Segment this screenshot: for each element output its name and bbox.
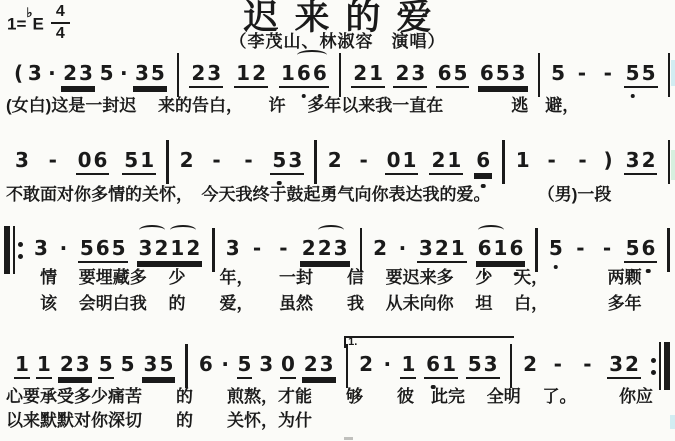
measure: 3--223: [215, 235, 360, 263]
note: 2: [327, 147, 343, 173]
measure: 5--55: [540, 60, 667, 88]
note: 0: [386, 147, 402, 173]
note: 2: [352, 60, 368, 86]
measure: 2·321616: [362, 235, 535, 263]
duration-dot: ·: [58, 235, 69, 261]
measure: 2-01216: [317, 147, 502, 175]
note: 2: [394, 60, 410, 86]
note: 3: [287, 147, 303, 173]
beamed-note-group: 56: [624, 235, 658, 263]
note: 2: [185, 235, 201, 261]
duration-dash: -: [247, 235, 267, 261]
note: 5: [150, 60, 166, 86]
note: 2: [317, 235, 333, 261]
thin-barline: [659, 342, 661, 390]
scan-artifact: [671, 60, 675, 86]
note: 5: [120, 351, 136, 377]
barline: [668, 140, 671, 184]
note: 5: [79, 235, 95, 261]
note: 1: [493, 235, 509, 261]
note: 3: [319, 351, 335, 377]
note: 3: [27, 60, 43, 86]
note: 2: [251, 60, 267, 86]
note: 5: [453, 60, 469, 86]
beamed-note-group: 51: [122, 147, 156, 175]
beamed-note-group: 223: [300, 235, 350, 263]
beamed-note-group: 6: [474, 147, 492, 175]
note: 3: [410, 60, 426, 86]
beamed-note-group: 23: [58, 351, 92, 379]
beamed-note-group: 53: [466, 351, 500, 379]
note: 3: [225, 235, 241, 261]
lyrics-line: 该 会明白我 的 爱， 虽然 我 从未向你 坦 白， 多年: [6, 292, 673, 316]
measure: 3-0651: [4, 147, 166, 175]
note: 5: [625, 235, 641, 261]
note: 3: [206, 60, 222, 86]
measure: (3·235·35: [4, 60, 177, 88]
scan-artifact: [671, 150, 675, 180]
duration-dash: -: [572, 60, 592, 86]
lyrics-line: (女白)这是一封迟 来的告白， 许 多年以来我一直在 逃 避，: [6, 94, 673, 118]
slur-arc: [170, 225, 196, 235]
beamed-note-group: 21: [351, 60, 385, 88]
duration-dash: -: [577, 351, 597, 377]
beamed-note-group: 65: [436, 60, 470, 88]
beamed-note-group: 35: [142, 351, 176, 379]
beamed-note-group: 53: [270, 147, 304, 175]
note: 3: [418, 235, 434, 261]
scan-artifact: [344, 437, 353, 440]
beamed-note-group: 01: [385, 147, 419, 175]
note: 0: [77, 147, 93, 173]
measure: 6·53023: [188, 351, 346, 379]
duration-dot: ·: [46, 60, 57, 86]
duration-dash: -: [43, 147, 63, 173]
note: 3: [75, 351, 91, 377]
note: 1: [446, 147, 462, 173]
duration-dash: -: [273, 235, 293, 261]
note: 3: [625, 147, 641, 173]
breath-mark: ): [604, 147, 613, 173]
measure: 2--32: [512, 351, 651, 379]
note: 5: [99, 60, 115, 86]
note: 6: [296, 60, 312, 86]
beamed-note-group: 06: [76, 147, 110, 175]
duration-dash: -: [542, 147, 562, 173]
note: 2: [59, 351, 75, 377]
sheet-music-page: 1=♭E 4 4 迟来的爱 （李茂山、林淑容 演唱） (3·235·352312…: [0, 0, 675, 441]
note: 5: [158, 351, 174, 377]
note: 2: [430, 147, 446, 173]
note: 3: [33, 235, 49, 261]
scan-artifact: [670, 415, 675, 429]
measure: 3·5653212: [23, 235, 212, 263]
beamed-note-group: 23: [393, 60, 427, 88]
note: 3: [483, 351, 499, 377]
duration-dot: ·: [397, 235, 408, 261]
note: 2: [372, 235, 388, 261]
beamed-note-group: 32: [607, 351, 641, 379]
lyrics-line: 不敢面对你多情的关怀， 今天我终于鼓起勇气向你表达我的爱。 （男)一段: [6, 183, 673, 207]
note: 5: [111, 235, 127, 261]
note: 6: [312, 60, 328, 86]
slur-arc: [318, 225, 344, 235]
note: 2: [153, 235, 169, 261]
note: 2: [624, 351, 640, 377]
note: 3: [608, 351, 624, 377]
score-line-2: 3-06512--532-012161--)32: [4, 147, 670, 184]
repeat-dot: [651, 358, 656, 363]
volta-bracket: 1.: [344, 336, 514, 348]
note: 5: [641, 60, 657, 86]
duration-dash: -: [207, 147, 227, 173]
beamed-note-group: 616: [476, 235, 526, 263]
note: 5: [548, 235, 564, 261]
duration-dash: -: [598, 60, 618, 86]
note: 6: [425, 351, 441, 377]
note: 2: [179, 147, 195, 173]
beamed-note-group: 23: [61, 60, 95, 88]
note: 5: [271, 147, 287, 173]
note: 5: [495, 60, 511, 86]
note: 1: [169, 235, 185, 261]
measure: 212365653: [341, 60, 537, 88]
note: 1: [450, 235, 466, 261]
note: 1: [36, 351, 52, 379]
beamed-note-group: 23: [302, 351, 336, 379]
lyrics-line: 情 要埋藏多 少 年， 一封 信 要迟来多 少 天， 两颗: [6, 266, 673, 290]
note: 6: [198, 351, 214, 377]
duration-dash: -: [548, 351, 568, 377]
note: 3: [333, 235, 349, 261]
duration-dash: -: [238, 147, 258, 173]
note: 2: [303, 351, 319, 377]
beamed-note-group: 23: [189, 60, 223, 88]
note: 3: [78, 60, 94, 86]
beamed-note-group: 32: [624, 147, 658, 175]
slur-arc: [478, 225, 504, 235]
note: 5: [550, 60, 566, 86]
open-paren-mark: (: [14, 60, 23, 86]
note: 3: [14, 147, 30, 173]
volta-label: 1.: [348, 336, 357, 348]
measure: 2312166: [179, 60, 338, 88]
barline: [668, 53, 671, 97]
note: 1: [400, 351, 416, 379]
note: 5: [123, 147, 139, 173]
note: 5: [98, 351, 114, 379]
note: 1: [139, 147, 155, 173]
note: 2: [62, 60, 78, 86]
slur-arc: [297, 50, 327, 60]
score-line-1: (3·235·3523121662123656535--55: [4, 60, 670, 97]
note: 2: [301, 235, 317, 261]
beamed-note-group: 21: [429, 147, 463, 175]
note: 6: [641, 235, 657, 261]
note: 5: [625, 60, 641, 86]
beamed-note-group: 61: [424, 351, 458, 379]
measure: 11235535: [4, 351, 185, 379]
note: 3: [258, 351, 274, 377]
beamed-note-group: 3212: [137, 235, 203, 263]
note: 1: [402, 147, 418, 173]
beamed-note-group: 565: [78, 235, 128, 263]
duration-dash: -: [354, 147, 374, 173]
repeat-dot: [651, 370, 656, 375]
slur-arc: [139, 225, 165, 235]
note: 1: [235, 60, 251, 86]
note: 3: [511, 60, 527, 86]
measure: 1.2·16153: [348, 351, 510, 379]
measure: 5--56: [538, 235, 668, 263]
note: 1: [441, 351, 457, 377]
repeat-end-sign: [651, 342, 670, 390]
beamed-note-group: 166: [279, 60, 329, 88]
beamed-note-group: 321: [417, 235, 467, 263]
note: 1: [14, 351, 30, 379]
note: 5: [467, 351, 483, 377]
note: 6: [477, 235, 493, 261]
measure: 1--)32: [505, 147, 668, 175]
note: 6: [95, 235, 111, 261]
measure: 2--53: [169, 147, 315, 175]
lyrics-line: 以来默默对你深切 的 关怀，为什: [6, 409, 673, 433]
repeat-dots: [651, 358, 656, 375]
note: 6: [93, 147, 109, 173]
beamed-note-group: 55: [624, 60, 658, 88]
note: 2: [641, 147, 657, 173]
note: 1: [368, 60, 384, 86]
note: 2: [434, 235, 450, 261]
note: 6: [479, 60, 495, 86]
note: 1: [280, 60, 296, 86]
note: 6: [508, 235, 524, 261]
lyrics-line: 心要承受多少痛苦 的 煎熬，才能 够 彼 此完 全明 了。 你应: [6, 385, 673, 409]
note: 2: [358, 351, 374, 377]
duration-dash: -: [597, 235, 617, 261]
note: 3: [134, 60, 150, 86]
note: 2: [522, 351, 538, 377]
note: 6: [475, 147, 491, 173]
note: 5: [237, 351, 253, 379]
note: 2: [190, 60, 206, 86]
thick-barline: [664, 342, 670, 390]
beamed-note-group: 653: [478, 60, 528, 88]
note: 3: [138, 235, 154, 261]
duration-dot: ·: [118, 60, 129, 86]
beamed-note-group: 35: [133, 60, 167, 88]
note: 0: [280, 351, 296, 379]
note: 1: [515, 147, 531, 173]
beamed-note-group: 12: [234, 60, 268, 88]
performers-subtitle: （李茂山、林淑容 演唱）: [0, 27, 675, 52]
duration-dash: -: [573, 147, 593, 173]
duration-dot: ·: [382, 351, 393, 377]
note: 3: [143, 351, 159, 377]
duration-dot: ·: [220, 351, 231, 377]
duration-dash: -: [570, 235, 590, 261]
note: 6: [437, 60, 453, 86]
